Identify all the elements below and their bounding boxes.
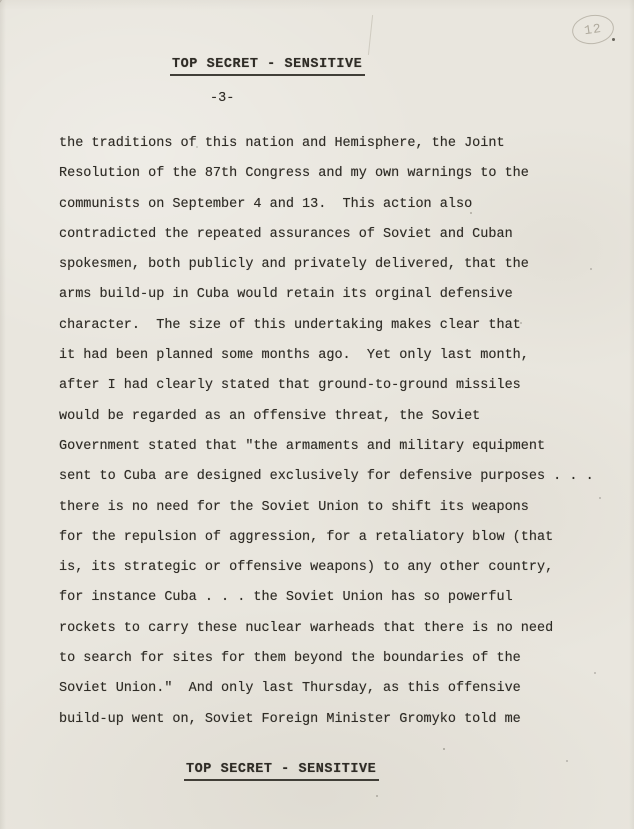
- document-line: communists on September 4 and 13. This a…: [59, 190, 619, 220]
- document-line: Resolution of the 87th Congress and my o…: [59, 159, 619, 189]
- document-line: Soviet Union." And only last Thursday, a…: [59, 674, 619, 704]
- document-line: spokesmen, both publicly and privately d…: [59, 250, 619, 280]
- paper-speck: [196, 146, 198, 148]
- paper-speck: [520, 322, 522, 324]
- paper-crease: [0, 0, 8, 81]
- body-text: the traditions of this nation and Hemisp…: [59, 129, 619, 735]
- document-line: build-up went on, Soviet Foreign Ministe…: [59, 705, 619, 735]
- paper-speck: [376, 795, 378, 797]
- page-number: -3-: [210, 91, 234, 106]
- document-line: after I had clearly stated that ground-t…: [59, 371, 619, 401]
- paper-speck: [594, 672, 596, 674]
- document-line: there is no need for the Soviet Union to…: [59, 493, 619, 523]
- corner-annotation-text: 12: [583, 21, 603, 38]
- classification-header: TOP SECRET - SENSITIVE: [170, 57, 365, 76]
- document-line: character. The size of this undertaking …: [59, 311, 619, 341]
- document-line: is, its strategic or offensive weapons) …: [59, 553, 619, 583]
- document-line: the traditions of this nation and Hemisp…: [59, 129, 619, 159]
- paper-speck: [612, 38, 615, 41]
- paper-speck: [443, 748, 445, 750]
- classification-footer: TOP SECRET - SENSITIVE: [184, 762, 379, 781]
- document-line: would be regarded as an offensive threat…: [59, 402, 619, 432]
- paper-speck: [590, 268, 592, 270]
- document-page: 12 TOP SECRET - SENSITIVE -3- the tradit…: [0, 0, 634, 829]
- document-line: for the repulsion of aggression, for a r…: [59, 523, 619, 553]
- document-line: for instance Cuba . . . the Soviet Union…: [59, 583, 619, 613]
- page-annotation-circled-number: 12: [570, 12, 616, 47]
- document-line: contradicted the repeated assurances of …: [59, 220, 619, 250]
- paper-crease: [368, 15, 373, 55]
- document-line: Government stated that "the armaments an…: [59, 432, 619, 462]
- document-line: rockets to carry these nuclear warheads …: [59, 614, 619, 644]
- document-line: arms build-up in Cuba would retain its o…: [59, 280, 619, 310]
- paper-speck: [599, 497, 601, 499]
- document-line: to search for sites for them beyond the …: [59, 644, 619, 674]
- paper-speck: [470, 212, 472, 214]
- document-line: it had been planned some months ago. Yet…: [59, 341, 619, 371]
- document-line: sent to Cuba are designed exclusively fo…: [59, 462, 619, 492]
- paper-speck: [566, 760, 568, 762]
